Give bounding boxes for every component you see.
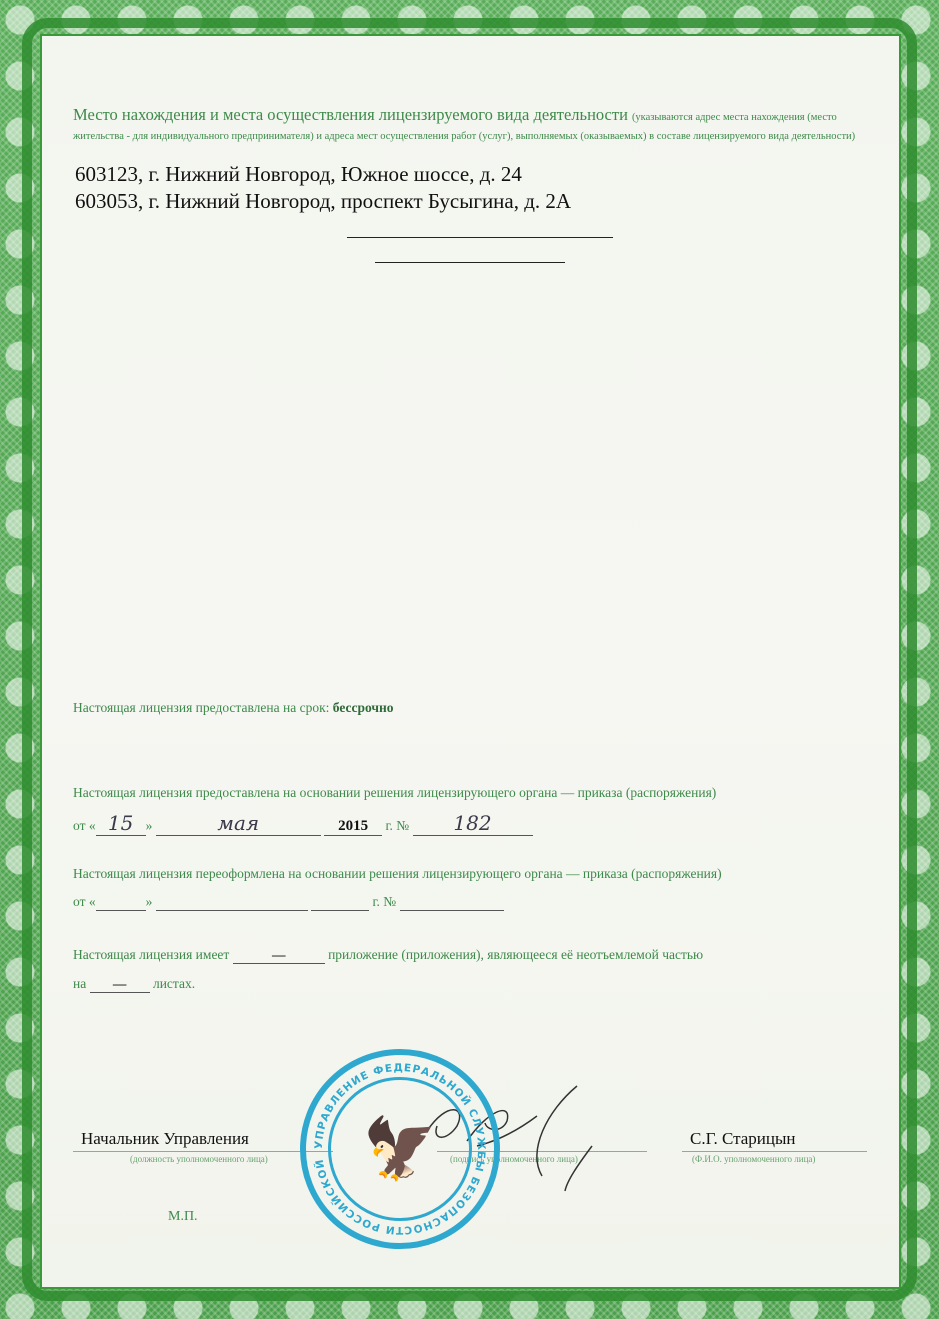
sheets-count: — bbox=[90, 976, 150, 993]
term-value: бессрочно bbox=[333, 700, 394, 715]
basis-prefix: от « bbox=[73, 818, 96, 833]
filler-line-1 bbox=[347, 237, 613, 238]
reissue-quote-close: » bbox=[146, 894, 153, 909]
name-line bbox=[682, 1151, 867, 1152]
double-headed-eagle-icon: 🦅 bbox=[363, 1119, 438, 1179]
reissue-order-line: от « » г. № bbox=[73, 894, 504, 911]
address-2: 603053, г. Нижний Новгород, проспект Бус… bbox=[75, 189, 571, 214]
reissue-year-suffix: г. bbox=[372, 894, 379, 909]
signatory-position: Начальник Управления bbox=[81, 1129, 249, 1149]
reissue-prefix: от « bbox=[73, 894, 96, 909]
appendix-label-end: приложение (приложения), являющееся её н… bbox=[328, 947, 703, 962]
basis-number: 182 bbox=[413, 811, 533, 836]
reissue-number-label: № bbox=[383, 894, 396, 909]
basis-order-line: от «15» мая 2015 г. № 182 bbox=[73, 811, 533, 836]
official-stamp: УПРАВЛЕНИЕ ФЕДЕРАЛЬНОЙ СЛУЖБЫ БЕЗОПАСНОС… bbox=[300, 1049, 500, 1249]
address-1: 603123, г. Нижний Новгород, Южное шоссе,… bbox=[75, 162, 522, 187]
position-line bbox=[73, 1151, 333, 1152]
basis-month: мая bbox=[156, 811, 321, 836]
basis-number-label: № bbox=[396, 818, 409, 833]
sheets-prefix: на bbox=[73, 976, 86, 991]
signatory-name: С.Г. Старицын bbox=[690, 1129, 796, 1149]
basis-year: 2015 bbox=[324, 818, 382, 836]
name-caption: (Ф.И.О. уполномоченного лица) bbox=[692, 1154, 815, 1164]
location-heading: Место нахождения и места осуществления л… bbox=[73, 106, 873, 145]
filler-line-2 bbox=[375, 262, 565, 263]
reissue-month bbox=[156, 894, 308, 911]
term-line: Настоящая лицензия предоставлена на срок… bbox=[73, 700, 394, 716]
term-label: Настоящая лицензия предоставлена на срок… bbox=[73, 700, 329, 715]
license-page: Место нахождения и места осуществления л… bbox=[40, 34, 901, 1289]
seal-mark: М.П. bbox=[168, 1209, 198, 1225]
appendix-line: Настоящая лицензия имеет — приложение (п… bbox=[73, 947, 703, 964]
basis-quote-close: » bbox=[146, 818, 153, 833]
reissue-label: Настоящая лицензия переоформлена на осно… bbox=[73, 866, 722, 882]
appendix-count: — bbox=[233, 947, 325, 964]
reissue-number bbox=[400, 894, 504, 911]
reissue-day bbox=[96, 894, 146, 911]
appendix-label-start: Настоящая лицензия имеет bbox=[73, 947, 229, 962]
position-caption: (должность уполномоченного лица) bbox=[130, 1154, 268, 1164]
reissue-year bbox=[311, 894, 369, 911]
basis-day: 15 bbox=[96, 811, 146, 836]
sheets-line: на — листах. bbox=[73, 976, 195, 993]
location-heading-main: Место нахождения и места осуществления л… bbox=[73, 105, 628, 124]
sheets-suffix: листах. bbox=[153, 976, 195, 991]
basis-label: Настоящая лицензия предоставлена на осно… bbox=[73, 785, 716, 801]
basis-year-suffix: г. bbox=[385, 818, 392, 833]
